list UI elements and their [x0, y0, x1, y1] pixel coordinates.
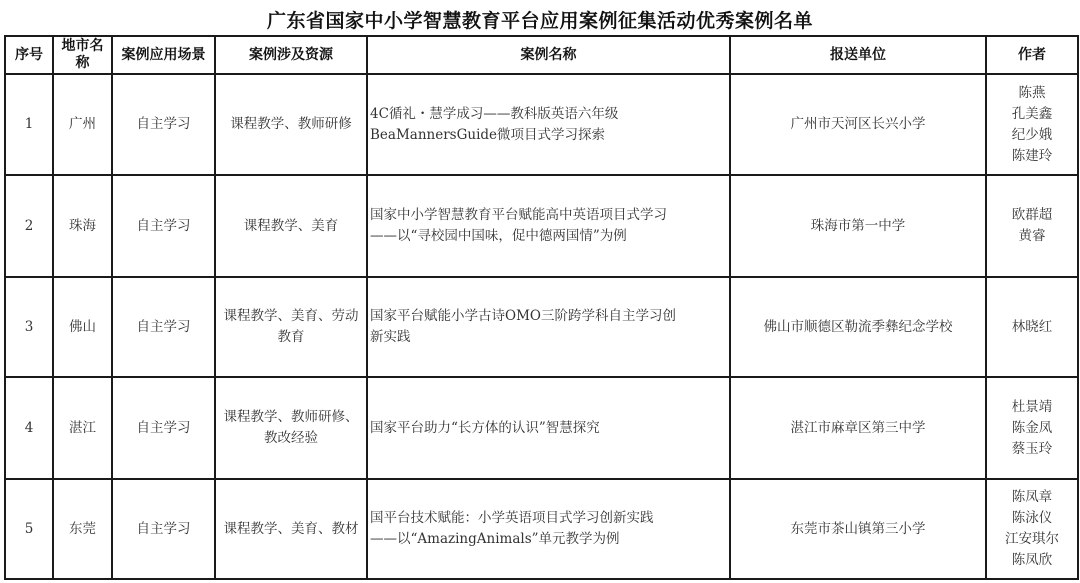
header-index: 序号 [5, 36, 53, 74]
cell-authors: 欧群超 黄睿 [986, 175, 1078, 277]
cell-scenario: 自主学习 [112, 377, 215, 479]
cell-resources: 课程教学、美育、劳动教育 [215, 277, 367, 377]
author: 黄睿 [989, 226, 1075, 247]
author: 杜景靖 [989, 397, 1075, 418]
cell-city: 佛山 [53, 277, 112, 377]
header-authors: 作者 [986, 36, 1078, 74]
cell-city: 东莞 [53, 479, 112, 579]
cell-resources: 课程教学、美育、教材 [215, 479, 367, 579]
cell-resources: 课程教学、教师研修、教改经验 [215, 377, 367, 479]
case-name-line-2: BeaMannersGuide微项目式学习探索 [370, 125, 727, 146]
cell-unit: 湛江市麻章区第三中学 [730, 377, 986, 479]
cell-case-name: 国平台技术赋能：小学英语项目式学习创新实践 ——以“AmazingAnimals… [367, 479, 730, 579]
author: 孔美鑫 [989, 104, 1075, 125]
cell-index: 2 [5, 175, 53, 277]
cell-scenario: 自主学习 [112, 74, 215, 175]
author: 纪少娥 [989, 125, 1075, 146]
cell-case-name: 4C循礼・慧学成习——教科版英语六年级 BeaMannersGuide微项目式学… [367, 74, 730, 175]
author: 江安琪尔 [989, 529, 1075, 550]
author: 陈燕 [989, 83, 1075, 104]
case-name-line-1: 国家平台赋能小学古诗OMO三阶跨学科自主学习创 [370, 306, 727, 327]
case-name-line-2: 新实践 [370, 327, 727, 348]
cell-index: 1 [5, 74, 53, 175]
cell-case-name: 国家中小学智慧教育平台赋能高中英语项目式学习 ——以“寻校园中国味，促中德两国情… [367, 175, 730, 277]
cell-scenario: 自主学习 [112, 479, 215, 579]
cell-city: 湛江 [53, 377, 112, 479]
table-row: 4 湛江 自主学习 课程教学、教师研修、教改经验 国家平台助力“长方体的认识”智… [5, 377, 1078, 479]
cell-unit: 珠海市第一中学 [730, 175, 986, 277]
table-row: 5 东莞 自主学习 课程教学、美育、教材 国平台技术赋能：小学英语项目式学习创新… [5, 479, 1078, 579]
document-title: 广东省国家中小学智慧教育平台应用案例征集活动优秀案例名单 [0, 8, 1080, 34]
author: 陈金凤 [989, 418, 1075, 439]
table-row: 2 珠海 自主学习 课程教学、美育 国家中小学智慧教育平台赋能高中英语项目式学习… [5, 175, 1078, 277]
cell-city: 广州 [53, 74, 112, 175]
cell-scenario: 自主学习 [112, 175, 215, 277]
cell-index: 4 [5, 377, 53, 479]
case-name-line-2: ——以“AmazingAnimals”单元教学为例 [370, 529, 727, 550]
cell-authors: 陈凤章 陈泳仪 江安琪尔 陈凤欣 [986, 479, 1078, 579]
case-list-table: 序号 地市名称 案例应用场景 案例涉及资源 案例名称 报送单位 作者 1 广州 … [4, 35, 1079, 580]
case-name-line-2: ——以“寻校园中国味，促中德两国情”为例 [370, 226, 727, 247]
table-row: 3 佛山 自主学习 课程教学、美育、劳动教育 国家平台赋能小学古诗OMO三阶跨学… [5, 277, 1078, 377]
author: 欧群超 [989, 205, 1075, 226]
header-city: 地市名称 [53, 36, 112, 74]
cell-unit: 广州市天河区长兴小学 [730, 74, 986, 175]
header-unit: 报送单位 [730, 36, 986, 74]
author: 蔡玉玲 [989, 439, 1075, 460]
cell-authors: 陈燕 孔美鑫 纪少娥 陈建玲 [986, 74, 1078, 175]
cell-scenario: 自主学习 [112, 277, 215, 377]
cell-index: 5 [5, 479, 53, 579]
header-scenario: 案例应用场景 [112, 36, 215, 74]
cell-resources: 课程教学、教师研修 [215, 74, 367, 175]
case-name-line-1: 国平台技术赋能：小学英语项目式学习创新实践 [370, 508, 727, 529]
case-name-line-1: 国家中小学智慧教育平台赋能高中英语项目式学习 [370, 205, 727, 226]
cell-city: 珠海 [53, 175, 112, 277]
cell-case-name: 国家平台助力“长方体的认识”智慧探究 [367, 377, 730, 479]
author: 林晓红 [989, 317, 1075, 338]
author: 陈建玲 [989, 146, 1075, 167]
cell-unit: 佛山市顺德区勒流季彝纪念学校 [730, 277, 986, 377]
author: 陈泳仪 [989, 508, 1075, 529]
cell-authors: 杜景靖 陈金凤 蔡玉玲 [986, 377, 1078, 479]
cell-authors: 林晓红 [986, 277, 1078, 377]
author: 陈凤章 [989, 487, 1075, 508]
header-case-name: 案例名称 [367, 36, 730, 74]
case-name-line-1: 国家平台助力“长方体的认识”智慧探究 [370, 418, 727, 439]
case-name-line-1: 4C循礼・慧学成习——教科版英语六年级 [370, 104, 727, 125]
author: 陈凤欣 [989, 550, 1075, 571]
cell-case-name: 国家平台赋能小学古诗OMO三阶跨学科自主学习创 新实践 [367, 277, 730, 377]
table-header-row: 序号 地市名称 案例应用场景 案例涉及资源 案例名称 报送单位 作者 [5, 36, 1078, 74]
header-resources: 案例涉及资源 [215, 36, 367, 74]
cell-resources: 课程教学、美育 [215, 175, 367, 277]
cell-unit: 东莞市茶山镇第三小学 [730, 479, 986, 579]
table-row: 1 广州 自主学习 课程教学、教师研修 4C循礼・慧学成习——教科版英语六年级 … [5, 74, 1078, 175]
cell-index: 3 [5, 277, 53, 377]
